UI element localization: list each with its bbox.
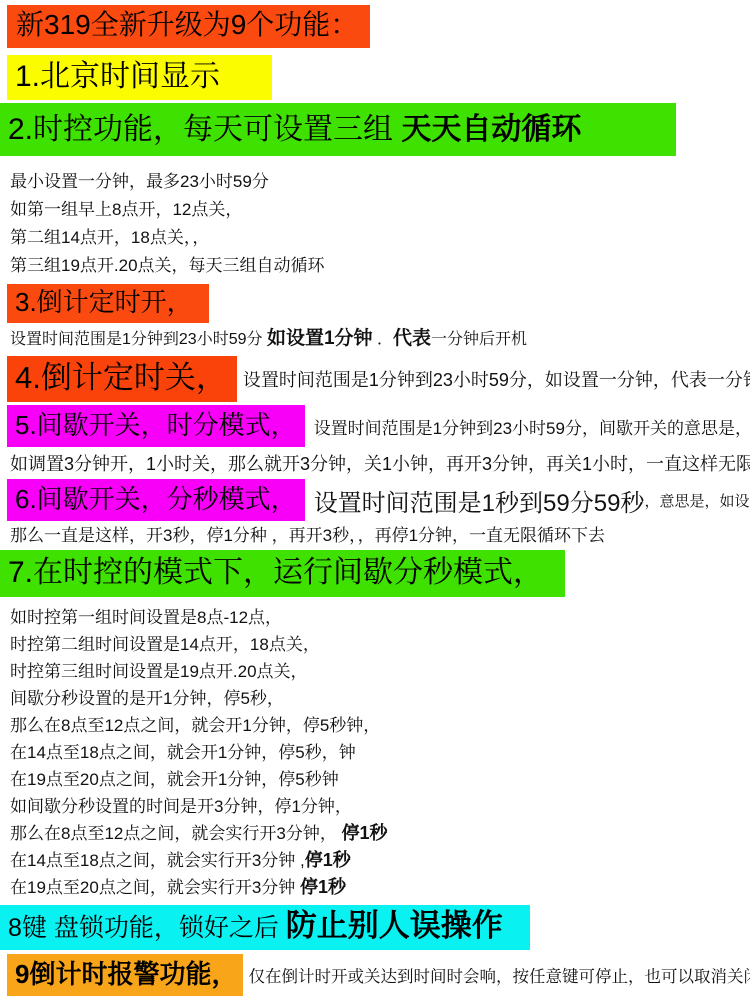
feature-6-banner: 6.间歇开关，分秒模式， xyxy=(7,479,305,521)
feature-7-banner: 7.在时控的模式下，运行间歇分秒模式， xyxy=(0,550,565,597)
feature-4-details: 设置时间范围是1分钟到23小时59分，如设置一分钟，代表一分钟后关机 xyxy=(243,366,750,392)
feature-6-row: 6.间歇开关，分秒模式， 设置时间范围是1秒到59分59秒 ，意思是，如设置 xyxy=(7,479,750,521)
feature-1-banner: 1.北京时间显示 xyxy=(7,55,272,100)
body-segment-bold: 代表 xyxy=(393,328,431,349)
feature-9-details: 仅在倒计时开或关达到时间时会响，按任意键可停止，也可以取消关闭闹 xyxy=(248,963,750,987)
body-line: 时控第二组时间设置是14点开，18点关， xyxy=(10,631,750,658)
feature-8-row: 8键 盘锁功能，锁好之后 防止别人误操作 xyxy=(0,905,750,950)
feature-5-row: 5.间歇开关，时分模式， 设置时间范围是1分钟到23小时59分，间歇开关的意思是… xyxy=(7,405,750,447)
feature-9-row: 9倒计时报警功能， 仅在倒计时开或关达到时间时会响，按任意键可停止，也可以取消关… xyxy=(7,954,750,996)
body-line: 在14点至18点之间，就会实行开3分钟 ,停1秒 xyxy=(10,847,750,874)
body-line: 第三组19点开.20点关，每天三组自动循环 xyxy=(10,252,750,280)
feature-5-banner: 5.间歇开关，时分模式， xyxy=(7,405,305,447)
body-segment: 一分钟后开机 xyxy=(431,331,527,348)
feature-1-row: 1.北京时间显示 xyxy=(7,55,750,100)
body-segment-bold: 停1秒 xyxy=(305,850,351,870)
feature-4-row: 4.倒计定时关， 设置时间范围是1分钟到23小时59分，如设置一分钟，代表一分钟… xyxy=(7,356,750,402)
feature-9-banner: 9倒计时报警功能， xyxy=(7,954,243,996)
body-segment: 在19点至20点之间，就会实行开3分钟 xyxy=(10,878,300,897)
feature-2-title-highlight: 天天自动循环 xyxy=(401,113,581,146)
feature-2-title: 2.时控功能，每天可设置三组 xyxy=(8,113,401,146)
body-segment-bold: 如设置1分钟 xyxy=(267,328,373,349)
feature-7-details: 如时控第一组时间设置是8点-12点， 时控第二组时间设置是14点开，18点关， … xyxy=(10,604,750,901)
feature-4-banner: 4.倒计定时关， xyxy=(7,356,237,402)
body-segment-bold: 停1秒 xyxy=(300,877,346,897)
body-line: 最小设置一分钟，最多23小时59分 xyxy=(10,168,750,196)
feature-6-note: ，意思是，如设置 xyxy=(644,490,750,511)
feature-2-banner: 2.时控功能，每天可设置三组 天天自动循环 xyxy=(0,103,676,156)
body-segment: ． xyxy=(373,331,393,348)
feature-6-example-line: 那么一直是这样，开3秒，停1分种 ，再开3秒，，再停1分钟，一直无限循环下去 xyxy=(10,523,750,548)
body-line: 第二组14点开，18点关，， xyxy=(10,224,750,252)
feature-8-banner: 8键 盘锁功能，锁好之后 防止别人误操作 xyxy=(0,905,530,950)
feature-2-row: 2.时控功能，每天可设置三组 天天自动循环 xyxy=(0,103,750,156)
body-line: 如间歇分秒设置的时间是开3分钟，停1分钟， xyxy=(10,793,750,820)
feature-3-banner: 3.倒计定时开， xyxy=(7,284,209,323)
body-line: 那么在8点至12点之间，就会实行开3分钟， 停1秒 xyxy=(10,820,750,847)
feature-3-details: 设置时间范围是1分钟到23小时59分 如设置1分钟 ．代表一分钟后开机 xyxy=(10,326,750,353)
body-segment-bold: 停1秒 xyxy=(342,823,388,843)
body-segment: 那么在8点至12点之间，就会实行开3分钟， xyxy=(10,824,342,843)
body-line: 在19点至20点之间，就会开1分钟，停5秒钟 xyxy=(10,766,750,793)
feature-8-title: 8键 盘锁功能，锁好之后 xyxy=(8,914,286,942)
body-segment: 在14点至18点之间，就会实行开3分钟 , xyxy=(10,851,305,870)
feature-6-range: 设置时间范围是1秒到59分59秒 xyxy=(314,483,645,518)
body-line: 时控第三组时间设置是19点开.20点关， xyxy=(10,658,750,685)
main-title-banner: 新319全新升级为9个功能： xyxy=(7,5,370,48)
feature-7-row: 7.在时控的模式下，运行间歇分秒模式， xyxy=(0,550,750,597)
feature-5-details: 设置时间范围是1分钟到23小时59分，间歇开关的意思是， xyxy=(314,414,750,439)
main-title-row: 新319全新升级为9个功能： xyxy=(7,5,750,48)
feature-2-details: 最小设置一分钟，最多23小时59分 如第一组早上8点开，12点关， 第二组14点… xyxy=(10,168,750,280)
body-line: 如第一组早上8点开，12点关， xyxy=(10,196,750,224)
body-line: 那么在8点至12点之间，就会开1分钟，停5秒钟， xyxy=(10,712,750,739)
body-line: 间歇分秒设置的是开1分钟，停5秒， xyxy=(10,685,750,712)
body-line: 在19点至20点之间，就会实行开3分钟 停1秒 xyxy=(10,874,750,901)
body-line: 在14点至18点之间，就会开1分钟，停5秒，钟 xyxy=(10,739,750,766)
feature-5-example-line: 如调置3分钟开，1小时关，那么就开3分钟，关1小钟，再开3分钟，再关1小时，一直… xyxy=(10,451,750,477)
body-segment: 设置时间范围是1分钟到23小时59分 xyxy=(10,331,267,348)
body-line: 如时控第一组时间设置是8点-12点， xyxy=(10,604,750,631)
feature-3-row: 3.倒计定时开， xyxy=(7,284,750,323)
feature-8-title-highlight: 防止别人误操作 xyxy=(286,908,503,943)
promo-page: 新319全新升级为9个功能： 1.北京时间显示 2.时控功能，每天可设置三组 天… xyxy=(0,0,750,1000)
